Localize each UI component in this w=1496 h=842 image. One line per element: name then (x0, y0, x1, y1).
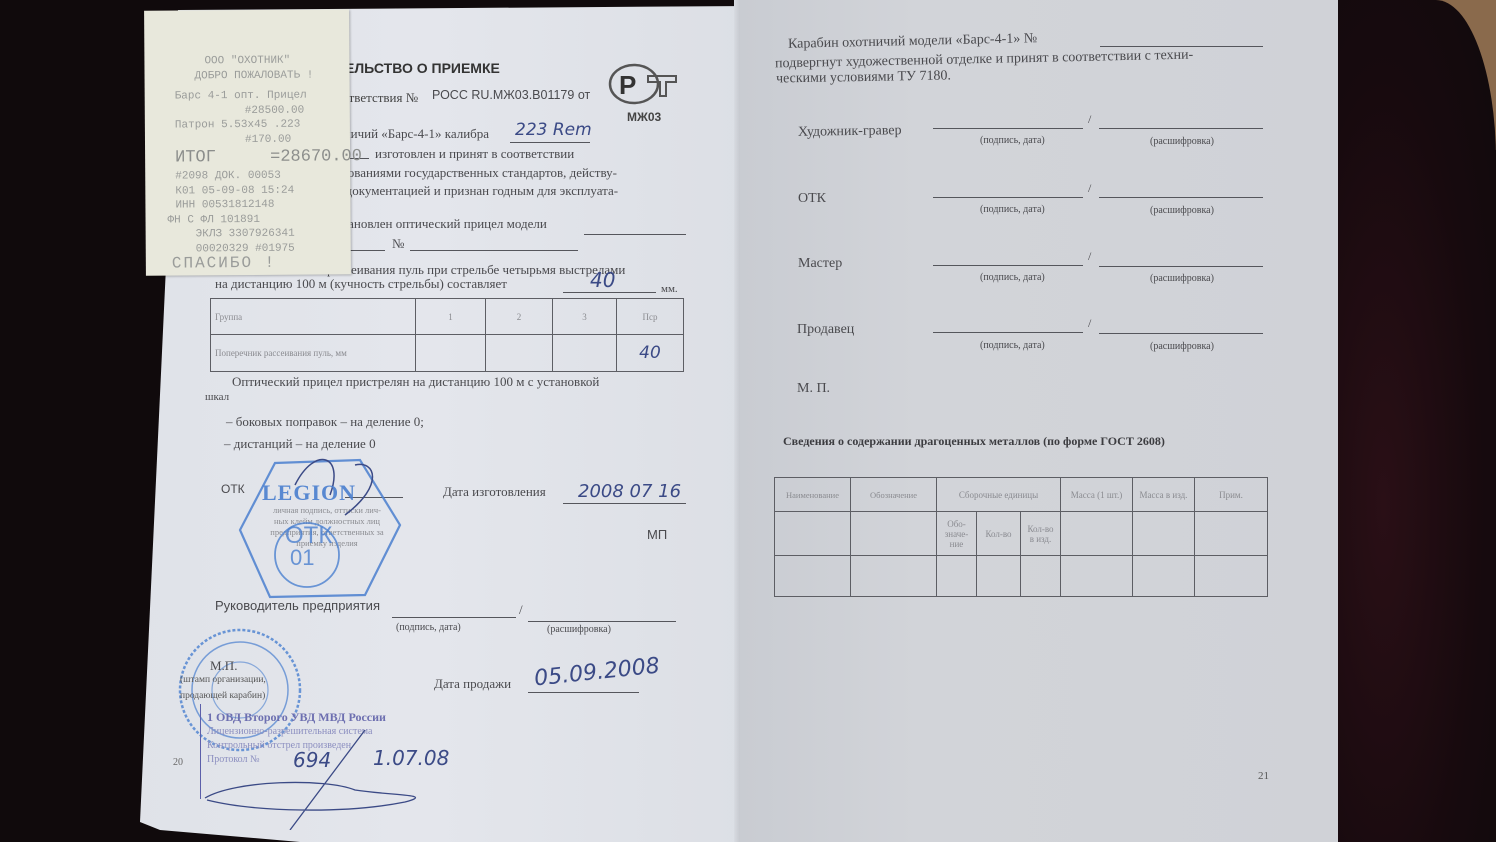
director-sign-hint: (подпись, дата) (396, 622, 461, 633)
dispersion-table: Группа 1 2 3 Пср Поперечник рассеивания … (210, 298, 684, 372)
director-decode-field[interactable] (528, 621, 676, 622)
receipt-detail: ЭКЛЗ 3307926341 (176, 226, 351, 242)
signature-field[interactable] (933, 332, 1083, 333)
mp-label: МП (647, 527, 667, 542)
decode-field[interactable] (1099, 197, 1263, 198)
receipt-line: ООО "ОХОТНИК" (174, 53, 349, 69)
receipt-total-label: ИТОГ (175, 148, 216, 167)
svg-text:P: P (619, 70, 636, 100)
metals-cell[interactable] (1195, 512, 1268, 556)
receipt-detail: ИНН 00531812148 (175, 197, 350, 213)
director-sign-field[interactable] (392, 617, 516, 618)
signature-role: Мастер (798, 256, 842, 272)
signature-slash: / (1088, 181, 1091, 196)
metals-cell[interactable] (937, 556, 977, 597)
sign-hint: (подпись, дата) (980, 204, 1045, 215)
zeroing-line-2: шкал (205, 391, 229, 403)
scope-line: установлен оптический прицел модели (330, 216, 547, 232)
receipt-line: Барс 4-1 опт. Прицел (175, 88, 350, 104)
cert-number: РОСС RU.МЖ03.В01179 от (432, 88, 590, 102)
receipt-line: #170.00 (175, 132, 350, 148)
signature-role: Продавец (797, 322, 854, 338)
zeroing-line-1: Оптический прицел пристрелян на дистанци… (232, 374, 599, 390)
metals-cell[interactable] (775, 556, 851, 597)
metals-subheader-qty: Кол-во (977, 512, 1021, 556)
director-decode-hint: (расшифровка) (547, 624, 611, 635)
director-slash: / (519, 602, 523, 618)
stamp-brand: LEGION (262, 480, 356, 506)
rst-certification-logo-icon: P (606, 62, 686, 112)
dispersion-underline (563, 292, 656, 293)
metals-header-designation: Обозначение (851, 478, 937, 512)
metals-cell[interactable] (1195, 556, 1268, 597)
manufacture-date-underline (563, 503, 686, 504)
dispersion-line-2: на дистанцию 100 м (кучность стрельбы) с… (215, 276, 507, 292)
cert-mark-code: МЖ03 (627, 110, 661, 124)
decode-hint: (расшифровка) (1150, 341, 1214, 352)
scope-number-sign: № (392, 236, 404, 252)
receipt-thanks: СПАСИБО ! (172, 255, 351, 271)
metals-table: Наименование Обозначение Сборочные едини… (774, 477, 1268, 597)
dispersion-header-2: 2 (486, 299, 553, 335)
mp-shop-note-line: продающей карабин) (180, 688, 266, 704)
metals-cell[interactable] (775, 512, 851, 556)
mp-shop-note: (штамп организации, продающей карабин) (180, 672, 266, 704)
right-mp-label: М. П. (797, 381, 830, 397)
metals-cell[interactable] (1133, 556, 1195, 597)
decode-hint: (расшифровка) (1150, 273, 1214, 284)
sale-date-label: Дата продажи (434, 676, 511, 692)
caliber-underline (510, 142, 590, 143)
dispersion-header-3: 3 (553, 299, 617, 335)
dispersion-header-1: 1 (416, 299, 486, 335)
sign-hint: (подпись, дата) (980, 135, 1045, 146)
dispersion-cell-3[interactable] (553, 335, 617, 372)
receipt-line: ДОБРО ПОЖАЛОВАТЬ ! (174, 68, 349, 84)
manufacture-date: 2008 07 16 (578, 481, 681, 502)
metals-cell[interactable] (851, 512, 937, 556)
background-fabric (1335, 0, 1496, 842)
decode-field[interactable] (1099, 128, 1263, 129)
metals-header-mass-unit: Масса (1 шт.) (1061, 478, 1133, 512)
section-title: ЕЛЬСТВО О ПРИЕМКЕ (345, 60, 500, 76)
metals-cell[interactable] (1061, 512, 1133, 556)
decode-hint: (расшифровка) (1150, 136, 1214, 147)
metals-header-name: Наименование (775, 478, 851, 512)
dispersion-unit: мм. (661, 283, 678, 295)
dispersion-value: 40 (590, 268, 615, 292)
zeroing-item-1: – боковых поправок – на деление 0; (226, 414, 424, 430)
acceptance-line-4: ной документацией и признан годным для э… (322, 183, 618, 199)
acceptance-line-3: требованиями государственных стандартов,… (323, 165, 617, 181)
signature-slash: / (1088, 316, 1091, 331)
metals-cell[interactable] (1021, 556, 1061, 597)
signature-field[interactable] (933, 128, 1083, 129)
dispersion-cell-1[interactable] (416, 335, 486, 372)
dispersion-header-avg: Пср (617, 299, 684, 335)
stamp-code-2: 01 (290, 545, 314, 571)
signature-slash: / (1088, 249, 1091, 264)
sale-date-underline (528, 692, 639, 693)
signature-role: Художник-гравер (798, 123, 902, 141)
metals-subheader-designation: Обо-значе-ние (937, 512, 977, 556)
dispersion-header-group: Группа (211, 299, 416, 335)
signature-scribble-icon (195, 720, 455, 830)
signature-role: ОТК (798, 191, 826, 207)
signature-field[interactable] (933, 265, 1083, 266)
carbine-caliber-line: тничий «Барс-4-1» калибра (338, 126, 489, 142)
decode-hint: (расшифровка) (1150, 205, 1214, 216)
scope-model-field[interactable] (584, 234, 686, 235)
dispersion-cell-avg[interactable]: 40 (617, 335, 684, 372)
receipt-total-value: =28670.00 (270, 147, 362, 167)
decode-field[interactable] (1099, 333, 1263, 334)
metals-title: Сведения о содержании драгоценных металл… (783, 434, 1165, 449)
metals-subheader-qty-in-item: Кол-во в изд. (1021, 512, 1061, 556)
left-page-number: 20 (173, 757, 183, 768)
metals-header-assembly: Сборочные единицы (937, 478, 1061, 512)
signature-slash: / (1088, 112, 1091, 127)
zeroing-item-2: – дистанций – на деление 0 (224, 436, 376, 452)
metals-cell[interactable] (977, 556, 1021, 597)
mp-shop-note-line: (штамп организации, (180, 672, 266, 688)
manufacture-date-label: Дата изготовления (443, 484, 546, 500)
receipt-line: #28500.00 (175, 103, 350, 119)
metals-cell[interactable] (1061, 556, 1133, 597)
receipt-detail: #2098 ДОК. 00053 (175, 168, 350, 184)
acceptance-line-2: изготовлен и принят в соответствии (375, 146, 574, 162)
metals-header-mass-total: Масса в изд. (1133, 478, 1195, 512)
receipt-detail: ФН С ФЛ 101891 (167, 212, 350, 228)
receipt-line: Патрон 5.53х45 .223 (175, 117, 350, 133)
metals-header-note: Прим. (1195, 478, 1268, 512)
dispersion-cell-2[interactable] (486, 335, 553, 372)
signature-field[interactable] (933, 197, 1083, 198)
director-label: Руководитель предприятия (215, 598, 380, 613)
sign-hint: (подпись, дата) (980, 272, 1045, 283)
sign-hint: (подпись, дата) (980, 340, 1045, 351)
receipt-detail: К01 05-09-08 15:24 (175, 183, 350, 199)
right-page-number: 21 (1258, 770, 1269, 782)
receipt-total: ИТОГ =28670.00 (175, 146, 350, 169)
scope-number-field[interactable] (410, 250, 578, 251)
cash-receipt: ООО "ОХОТНИК" ДОБРО ПОЖАЛОВАТЬ ! Барс 4-… (144, 9, 351, 275)
dispersion-row-label: Поперечник рассеивания пуль, мм (211, 335, 416, 372)
intro-line-3: ческими условиями ТУ 7180. (776, 68, 951, 87)
caliber-handwritten: 223 Rem (515, 120, 592, 140)
metals-cell[interactable] (851, 556, 937, 597)
decode-field[interactable] (1099, 266, 1263, 267)
metals-cell[interactable] (1133, 512, 1195, 556)
